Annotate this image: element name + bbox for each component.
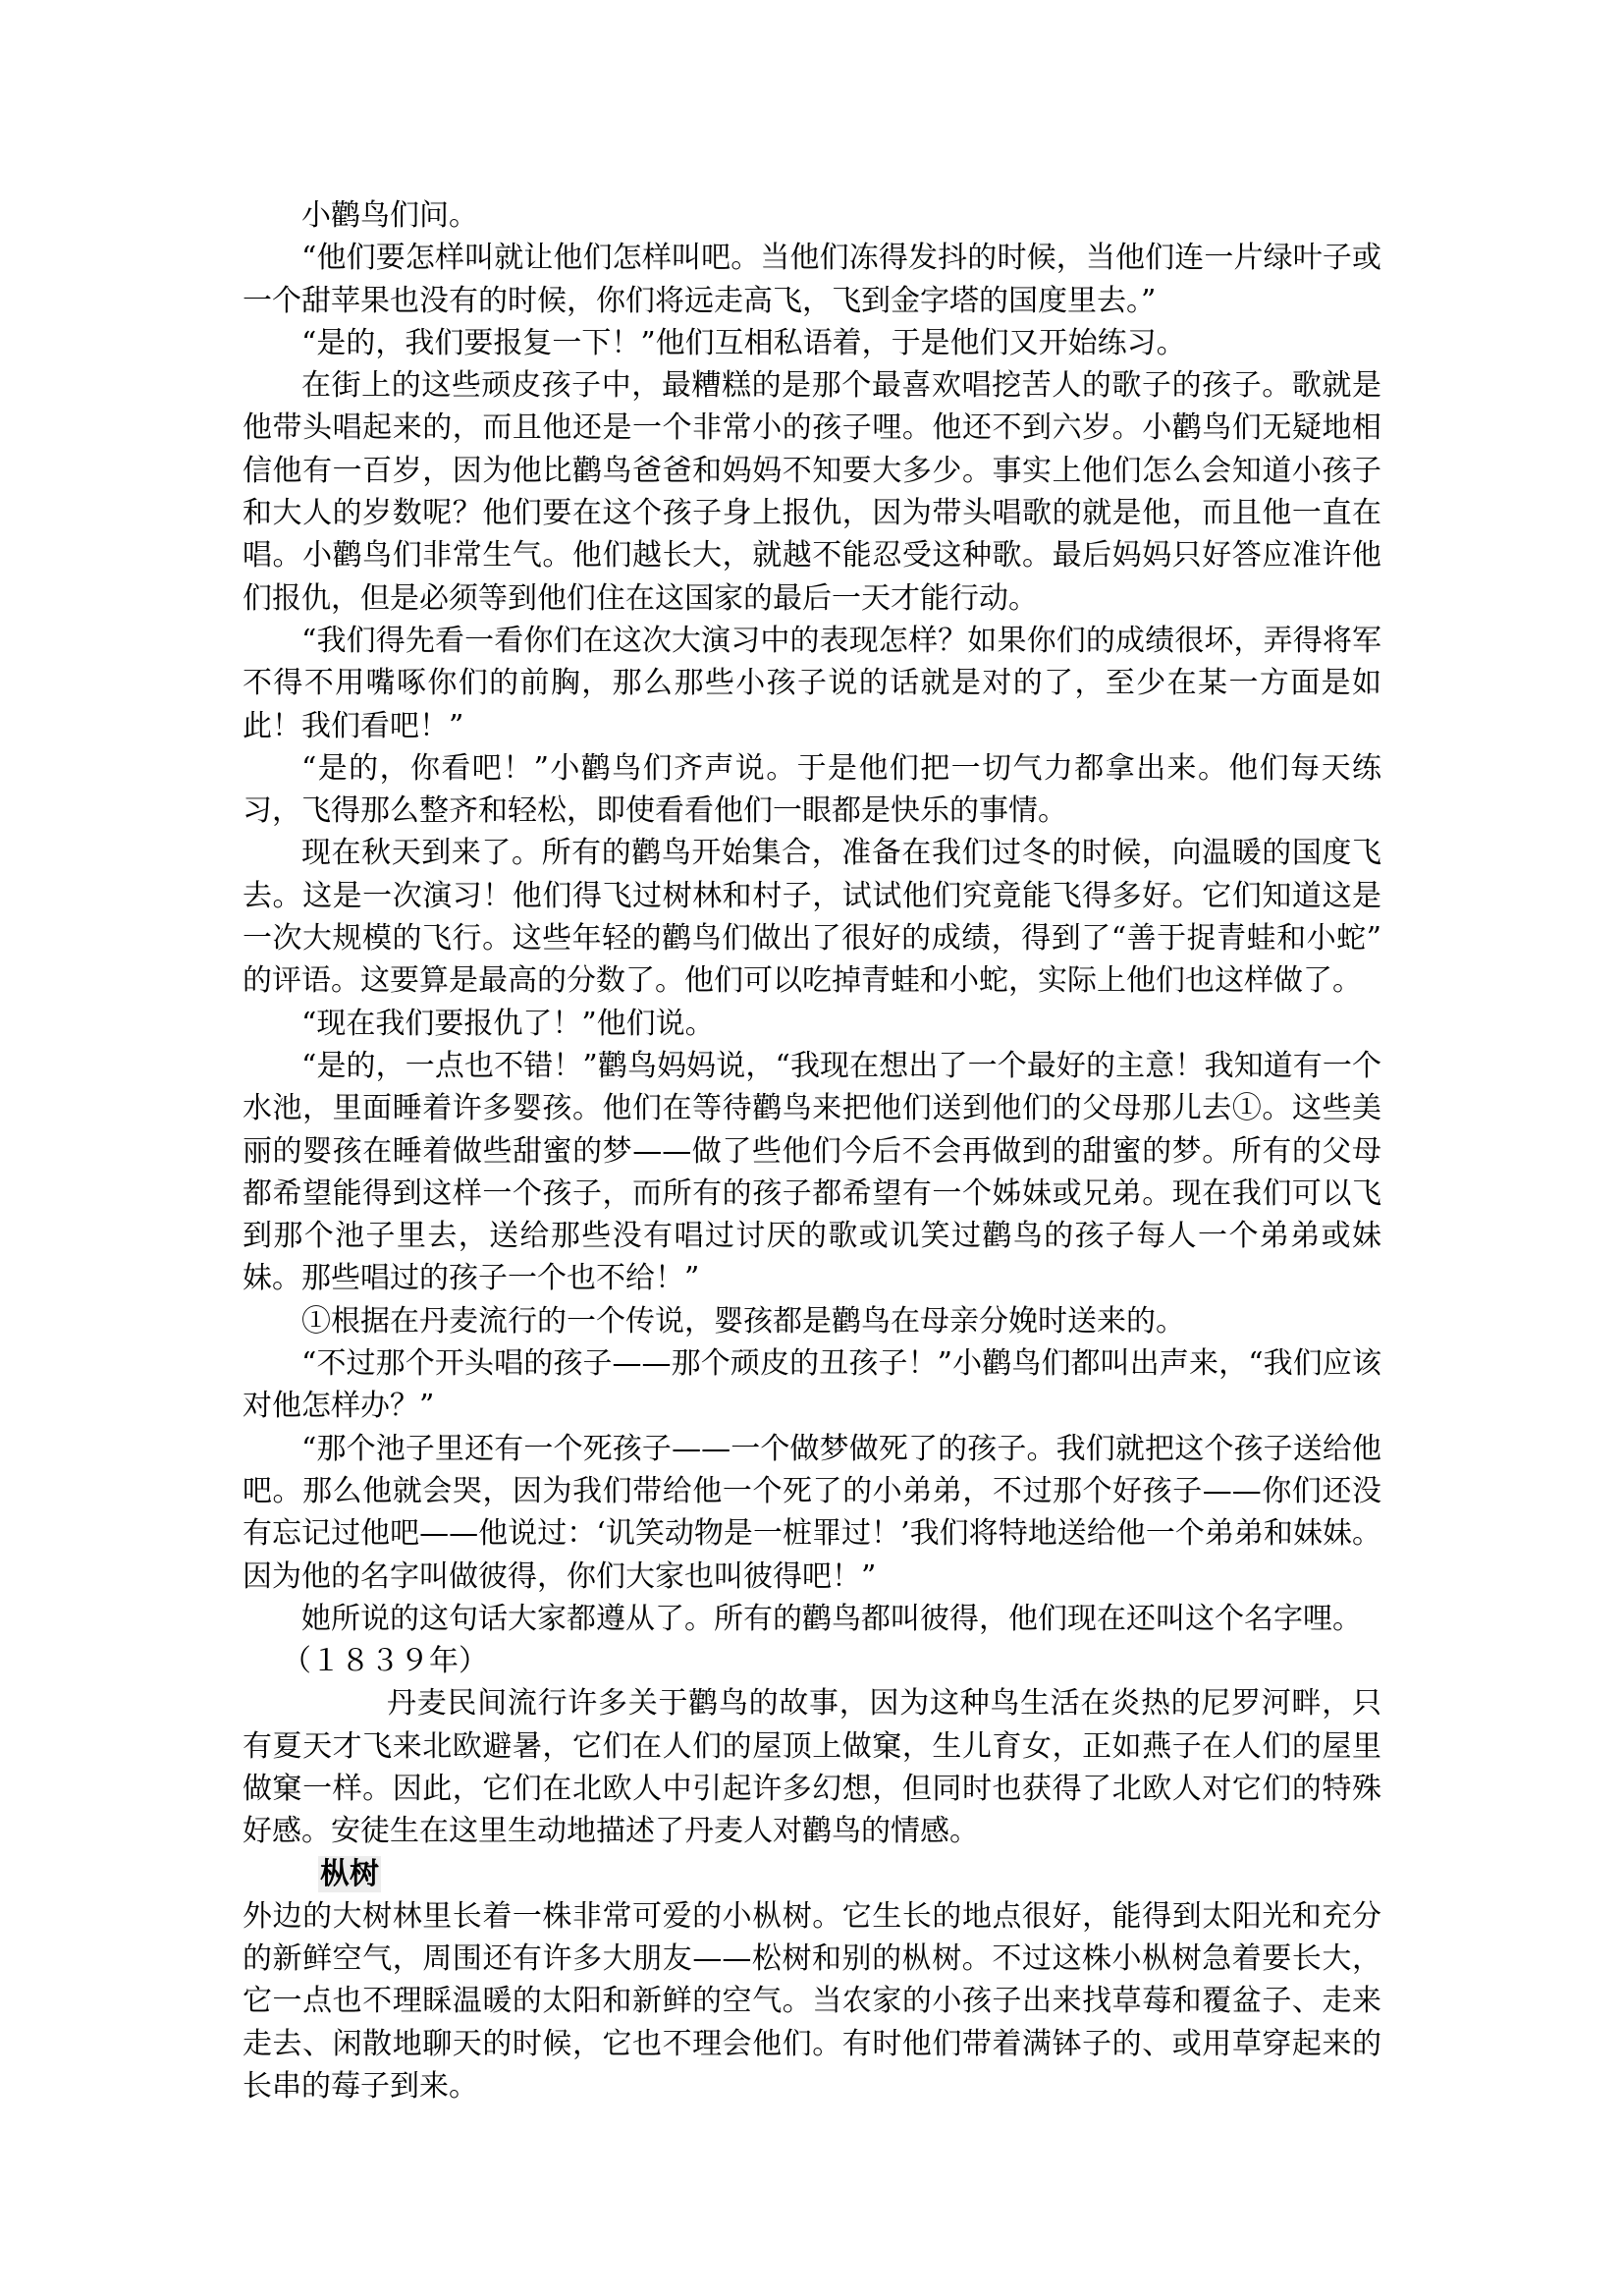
footnote-paragraph: ①根据在丹麦流行的一个传说，婴孩都是鹳鸟在母亲分娩时送来的。 [243,1300,1381,1342]
story-paragraph: 在街上的这些顽皮孩子中，最糟糕的是那个最喜欢唱挖苦人的歌子的孩子。歌就是他带头唱… [243,364,1381,620]
story-paragraph: 外边的大树林里长着一株非常可爱的小枞树。它生长的地点很好，能得到太阳光和充分的新… [243,1895,1381,2107]
story-paragraph: “那个池子里还有一个死孩子——一个做梦做死了的孩子。我们就把这个孩子送给他吧。那… [243,1428,1381,1598]
document-page: { "page": { "background_color": "#ffffff… [0,0,1623,2296]
section-heading-fir-tree: 枞树 [243,1853,1381,1895]
story-paragraph: 现在秋天到来了。所有的鹳鸟开始集合，准备在我们过冬的时候，向温暖的国度飞去。这是… [243,832,1381,1002]
story-paragraph: “是的，我们要报复一下！”他们互相私语着，于是他们又开始练习。 [243,322,1381,364]
translator-note-paragraph: 丹麦民间流行许多关于鹳鸟的故事，因为这种鸟生活在炎热的尼罗河畔，只有夏天才飞来北… [243,1682,1381,1852]
story-paragraph: “不过那个开头唱的孩子——那个顽皮的丑孩子！”小鹳鸟们都叫出声来，“我们应该对他… [243,1342,1381,1428]
story-paragraph: 小鹳鸟们问。 [243,194,1381,237]
section-heading-text: 枞树 [318,1856,381,1892]
story-paragraph: “他们要怎样叫就让他们怎样叫吧。当他们冻得发抖的时候，当他们连一片绿叶子或一个甜… [243,237,1381,322]
story-paragraph: “我们得先看一看你们在这次大演习中的表现怎样？如果你们的成绩很坏，弄得将军不得不… [243,620,1381,747]
story-paragraph: “是的，一点也不错！”鹳鸟妈妈说，“我现在想出了一个最好的主意！我知道有一个水池… [243,1045,1381,1300]
story-paragraph: 她所说的这句话大家都遵从了。所有的鹳鸟都叫彼得，他们现在还叫这个名字哩。 [243,1598,1381,1640]
year-line: （１８３９年） [243,1640,1381,1682]
story-paragraph: “现在我们要报仇了！”他们说。 [243,1003,1381,1045]
story-text-block: 小鹳鸟们问。 “他们要怎样叫就让他们怎样叫吧。当他们冻得发抖的时候，当他们连一片… [243,194,1381,2107]
story-paragraph: “是的，你看吧！”小鹳鸟们齐声说。于是他们把一切气力都拿出来。他们每天练习，飞得… [243,747,1381,833]
